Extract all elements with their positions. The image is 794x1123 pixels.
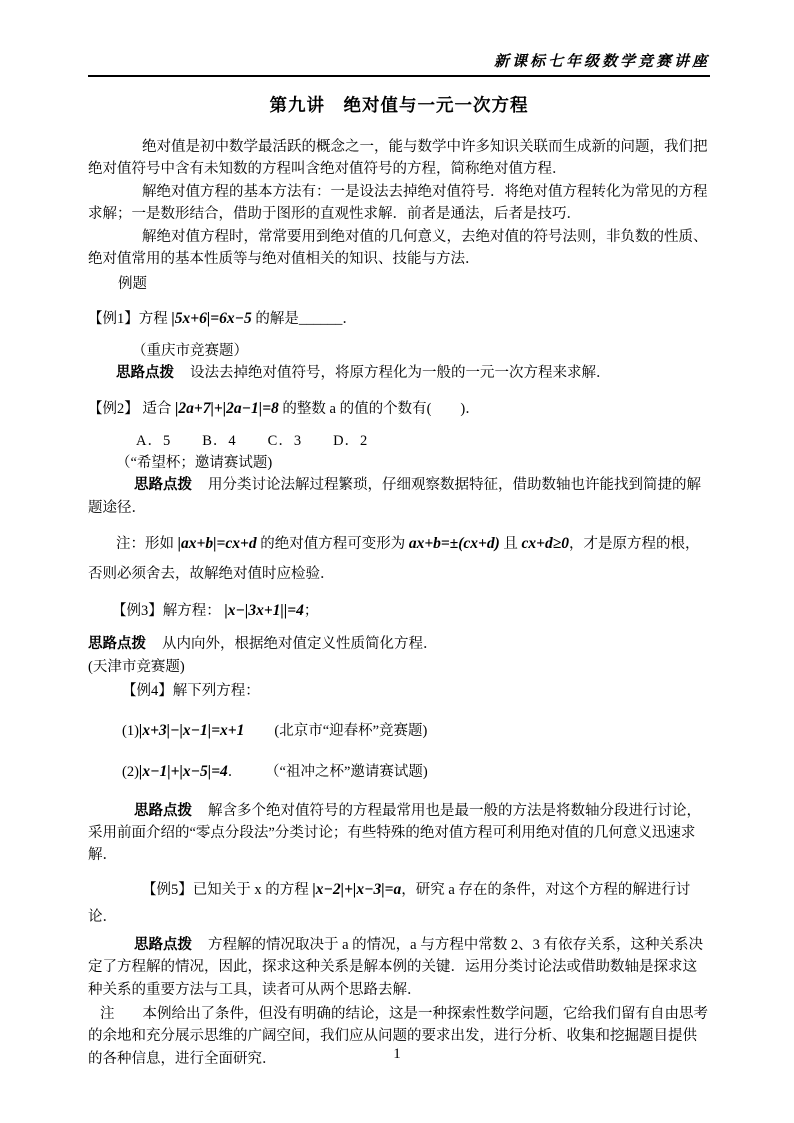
example3-tip: 思路点拨从内向外，根据绝对值定义性质简化方程．: [88, 633, 710, 655]
example2-label: 【例2】: [88, 401, 139, 417]
example3-post: ；: [304, 603, 319, 619]
example2-choices: A．5 B．4 C．3 D．2: [88, 430, 710, 452]
note1-mid1: 的绝对值方程可变形为: [260, 536, 405, 552]
example2-source: （“希望杯；邀请赛试题): [88, 452, 710, 474]
intro-paragraph-3: 解绝对值方程时，常常要用到绝对值的几何意义，去绝对值的符号法则，非负数的性质、绝…: [88, 226, 710, 271]
example2-tip: 思路点拨用分类讨论法解过程繁琐，仔细观察数据特征，借助数轴也许能找到简捷的解题途…: [88, 474, 710, 519]
example3-tip-label: 思路点拨: [88, 636, 146, 652]
example4-item2-source: （“祖冲之杯”邀请赛试题): [272, 764, 427, 780]
example2-post: 的整数 a 的值的个数有( )．: [282, 401, 479, 417]
example4-item2: (2)|x−1|+|x−5|=4．（“祖冲之杯”邀请赛试题): [88, 759, 710, 785]
example3-equation: |x−|3x+1||=4: [224, 602, 303, 619]
note1-mid2: 且: [503, 536, 518, 552]
example4-label: 【例4】: [122, 683, 173, 699]
example4-item1-number: (1): [122, 723, 139, 739]
page-header: 新课标七年级数学竞赛讲座: [88, 50, 710, 77]
example4-item1: (1)|x+3|−|x−1|=x+1(北京市“迎春杯”竞赛题): [88, 718, 710, 744]
header-rule: [88, 75, 710, 77]
page-number: 1: [0, 1046, 794, 1063]
note1-equation-2: ax+b=±(cx+d): [409, 535, 500, 552]
document-page: 新课标七年级数学竞赛讲座 第九讲 绝对值与一元一次方程 绝对值是初中数学最活跃的…: [0, 0, 794, 1123]
example5-tip-label: 思路点拨: [134, 937, 192, 953]
example3-label: 【例3】: [112, 603, 163, 619]
example3-tip-text: 从内向外，根据绝对值定义性质简化方程．: [162, 636, 438, 652]
example2-equation: |2a+7|+|2a−1|=8: [175, 400, 279, 417]
example5-equation: |x−2|+|x−3|=a: [312, 881, 401, 898]
intro-paragraph-1: 绝对值是初中数学最活跃的概念之一，能与数学中许多知识关联而生成新的问题，我们把绝…: [88, 136, 710, 181]
note1-equation-1: |ax+b|=cx+d: [178, 535, 257, 552]
example1-post: 的解是______．: [255, 311, 357, 327]
note1-pre: 注：形如: [116, 536, 174, 552]
example4-tip-label: 思路点拨: [134, 803, 192, 819]
example2-statement: 【例2】 适合 |2a+7|+|2a−1|=8 的整数 a 的值的个数有( )．: [88, 396, 710, 422]
example1-tip-label: 思路点拨: [116, 365, 174, 381]
example5-pre: 已知关于 x 的方程: [193, 882, 309, 898]
example1-tip: 思路点拨设法去掉绝对值符号，将原方程化为一般的一元一次方程来求解．: [88, 362, 710, 384]
example2-pre: 适合: [142, 401, 171, 417]
lecture-title: 第九讲 绝对值与一元一次方程: [88, 92, 710, 117]
example1-label: 【例1】: [88, 311, 139, 327]
examples-heading: 例题: [88, 273, 710, 295]
example4-item2-number: (2): [122, 764, 139, 780]
example4-item2-equation: |x−1|+|x−5|=4: [139, 763, 228, 780]
example4-tip: 思路点拨解含多个绝对值符号的方程最常用也是最一般的方法是将数轴分段进行讨论，采用…: [88, 800, 710, 867]
closing-note-label: 注: [100, 1006, 115, 1022]
intro-paragraph-2: 解绝对值方程的基本方法有：一是设法去掉绝对值符号．将绝对值方程转化为常见的方程求…: [88, 181, 710, 226]
example3-source: (天津市竞赛题): [88, 656, 710, 678]
example5-statement: 【例5】已知关于 x 的方程 |x−2|+|x−3|=a，研究 a 存在的条件，…: [88, 876, 710, 931]
example2-tip-label: 思路点拨: [134, 477, 192, 493]
example1-pre: 方程: [139, 311, 168, 327]
example1-tip-text: 设法去掉绝对值符号，将原方程化为一般的一元一次方程来求解．: [190, 365, 611, 381]
note-absolute-value-form: 注：形如 |ax+b|=cx+d 的绝对值方程可变形为 ax+b=±(cx+d)…: [88, 529, 710, 589]
example4-title-text: 解下列方程：: [173, 683, 260, 699]
example4-item1-equation: |x+3|−|x−1|=x+1: [139, 722, 244, 739]
example1-source: （重庆市竞赛题）: [88, 340, 710, 362]
example3-statement: 【例3】解方程： |x−|3x+1||=4；: [88, 597, 710, 625]
example4-item2-post: ．: [228, 764, 243, 780]
example1-equation: |5x+6|=6x−5: [171, 310, 251, 327]
example4-item1-source: (北京市“迎春杯”竞赛题): [274, 723, 427, 739]
example1-statement: 【例1】方程 |5x+6|=6x−5 的解是______．: [88, 306, 710, 332]
note1-equation-3: cx+d≥0: [522, 535, 569, 552]
example5-label: 【例5】: [142, 882, 193, 898]
example3-pre: 解方程：: [163, 603, 221, 619]
header-course-title: 新课标七年级数学竞赛讲座: [88, 50, 710, 71]
example4-statement: 【例4】解下列方程：: [88, 680, 710, 702]
example5-tip: 思路点拨方程解的情况取决于 a 的情况，a 与方程中常数 2、3 有依存关系，这…: [88, 934, 710, 1001]
